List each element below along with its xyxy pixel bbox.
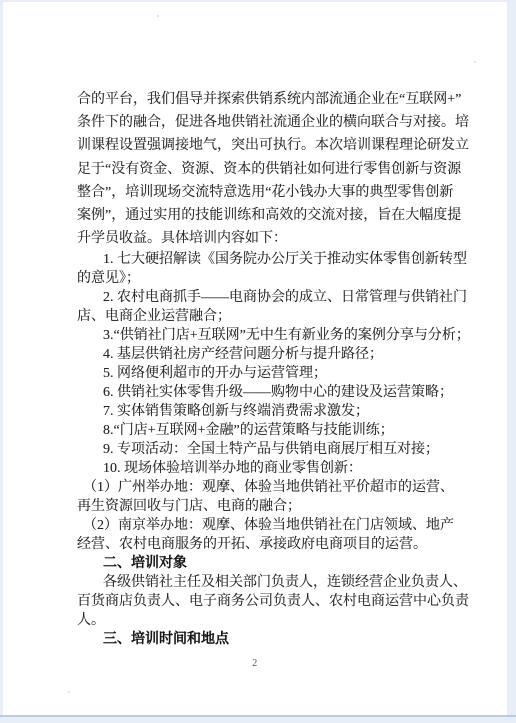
text-line: （1）广州举办地：观摩、体验当地供销社平价超市的运营、: [77, 478, 479, 497]
document-text: 合的平台，我们倡导并探索供销系统内部流通企业在“互联网+”条件下的融合，促进各地…: [77, 88, 479, 649]
text-line: 的意见》；: [77, 269, 479, 288]
text-line: 7. 实体销售策略创新与终端消费需求激发；: [77, 402, 479, 421]
section-heading: 二、培训对象: [77, 554, 479, 573]
text-line: 升学员收益。具体培训内容如下：: [77, 227, 479, 250]
text-line: 案例”，通过实用的技能训练和高效的交流对接，旨在大幅度提: [77, 204, 479, 227]
text-line: 训课程设置强调接地气，突出可执行。本次培训课程理论研发立: [77, 134, 479, 157]
text-line: 再生资源回收与门店、电商的融合；: [77, 497, 479, 516]
text-line: 10. 现场体验培训举办地的商业零售创新：: [77, 459, 479, 478]
text-line: 人。: [77, 611, 479, 630]
document-page: 合的平台，我们倡导并探索供销系统内部流通企业在“互联网+”条件下的融合，促进各地…: [3, 2, 507, 715]
text-line: 4. 基层供销社房产经营问题分析与提升路径；: [77, 345, 479, 364]
text-line: 6. 供销社实体零售升级——购物中心的建设及运营策略；: [77, 383, 479, 402]
text-line: 百货商店负责人、电子商务公司负责人、农村电商运营中心负责: [77, 592, 479, 611]
text-line: 8.“门店+互联网+金融”的运营策略与技能训练；: [77, 421, 479, 440]
text-line: 1. 七大硬招解读《国务院办公厅关于推动实体零售创新转型: [77, 250, 479, 269]
text-line: 3.“供销社门店+互联网”无中生有新业务的案例分享与分析；: [77, 326, 479, 345]
scan-bottom-edge: [0, 715, 516, 717]
text-line: 店、电商企业运营融合；: [77, 307, 479, 326]
text-line: 条件下的融合，促进各地供销社流通企业的横向联合与对接。培: [77, 111, 479, 134]
page-number: 2: [3, 658, 507, 669]
text-line: 整合”，培训现场交流特意选用“花小钱办大事的典型零售创新: [77, 181, 479, 204]
text-line: 足于“没有资金、资源、资本的供销社如何进行零售创新与资源: [77, 158, 479, 181]
text-line: 合的平台，我们倡导并探索供销系统内部流通企业在“互联网+”: [77, 88, 479, 111]
text-line: 9. 专项活动：全国土特产品与供销电商展厅相互对接；: [77, 440, 479, 459]
text-line: 各级供销社主任及相关部门负责人，连锁经营企业负责人、: [77, 573, 479, 592]
section-heading: 三、培训时间和地点: [77, 630, 479, 649]
text-line: 2. 农村电商抓手——电商协会的成立、日常管理与供销社门: [77, 288, 479, 307]
text-line: 5. 网络便利超市的开办与运营管理；: [77, 364, 479, 383]
text-line: 经营、农村电商服务的开拓、承接政府电商项目的运营。: [77, 535, 479, 554]
text-line: （2）南京举办地：观摩、体验当地供销社在门店领域、地产: [77, 516, 479, 535]
